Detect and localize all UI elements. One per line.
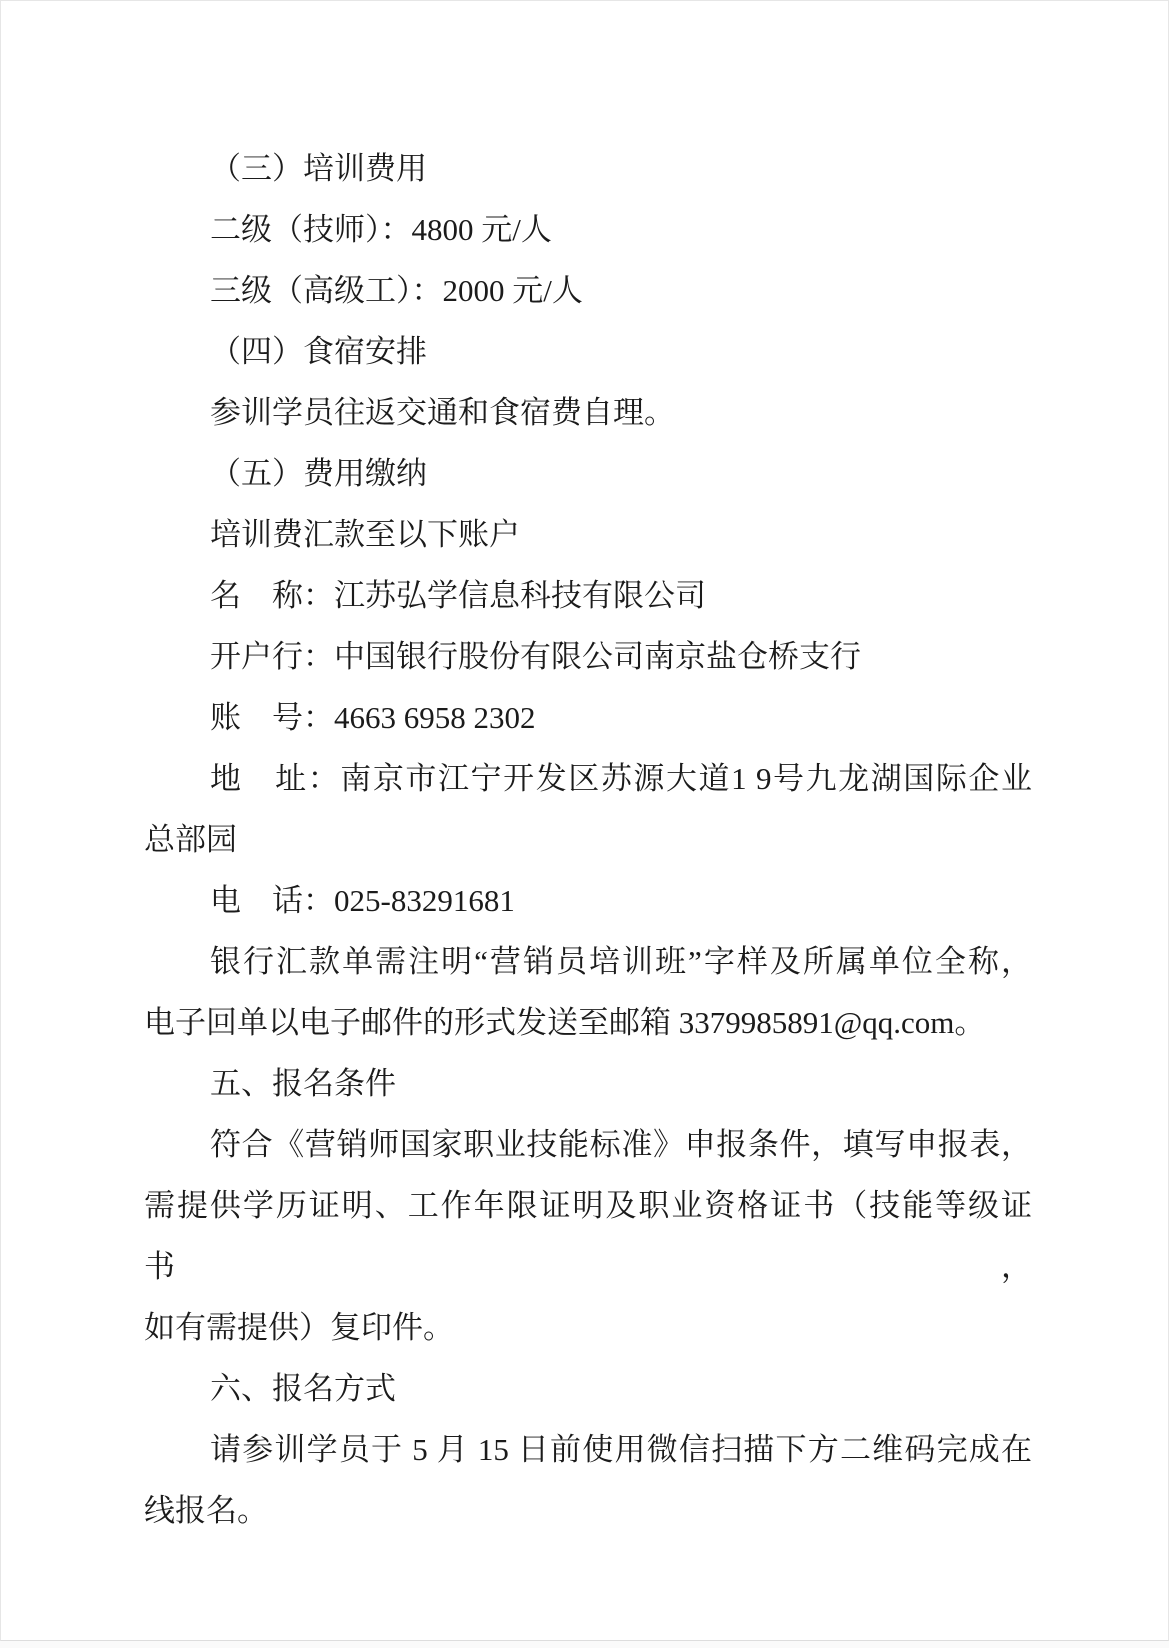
line-remit-note-1: 银行汇款单需注明“营销员培训班”字样及所属单位全称，: [144, 931, 1032, 992]
document-page: （三）培训费用 二级（技师）：4800 元/人 三级（高级工）：2000 元/人…: [0, 0, 1169, 1641]
line-registration-2: 线报名。: [144, 1480, 1032, 1541]
line-address-2: 总部园: [144, 809, 1032, 870]
line-account-number: 账 号：4663 6958 2302: [144, 687, 1032, 748]
line-heading-eligibility: 五、报名条件: [144, 1053, 1032, 1114]
line-address-1: 地 址：南京市江宁开发区苏源大道1 9号九龙湖国际企业: [144, 748, 1032, 809]
line-fee-level2: 二级（技师）：4800 元/人: [144, 199, 1032, 260]
line-payment-intro: 培训费汇款至以下账户: [144, 504, 1032, 565]
line-registration-1: 请参训学员于 5 月 15 日前使用微信扫描下方二维码完成在: [144, 1419, 1032, 1480]
line-remit-note-2: 电子回单以电子邮件的形式发送至邮箱 3379985891@qq.com。: [144, 992, 1032, 1053]
line-heading-payment: （五）费用缴纳: [144, 443, 1032, 504]
line-heading-accommodation: （四）食宿安排: [144, 321, 1032, 382]
line-eligibility-2: 需提供学历证明、工作年限证明及职业资格证书（技能等级证书，: [144, 1175, 1032, 1297]
line-account-name: 名 称：江苏弘学信息科技有限公司: [144, 565, 1032, 626]
page-bottom-gap: [0, 1641, 1169, 1648]
line-eligibility-1: 符合《营销师国家职业技能标准》申报条件，填写申报表，: [144, 1114, 1032, 1175]
line-heading-training-fee: （三）培训费用: [144, 138, 1032, 199]
line-accommodation-note: 参训学员往返交通和食宿费自理。: [144, 382, 1032, 443]
line-fee-level3: 三级（高级工）：2000 元/人: [144, 260, 1032, 321]
document-body: （三）培训费用 二级（技师）：4800 元/人 三级（高级工）：2000 元/人…: [1, 1, 1032, 1541]
line-phone: 电 话：025-83291681: [144, 870, 1032, 931]
line-eligibility-3: 如有需提供）复印件。: [144, 1297, 1032, 1358]
line-heading-registration: 六、报名方式: [144, 1358, 1032, 1419]
line-bank-branch: 开户行：中国银行股份有限公司南京盐仓桥支行: [144, 626, 1032, 687]
